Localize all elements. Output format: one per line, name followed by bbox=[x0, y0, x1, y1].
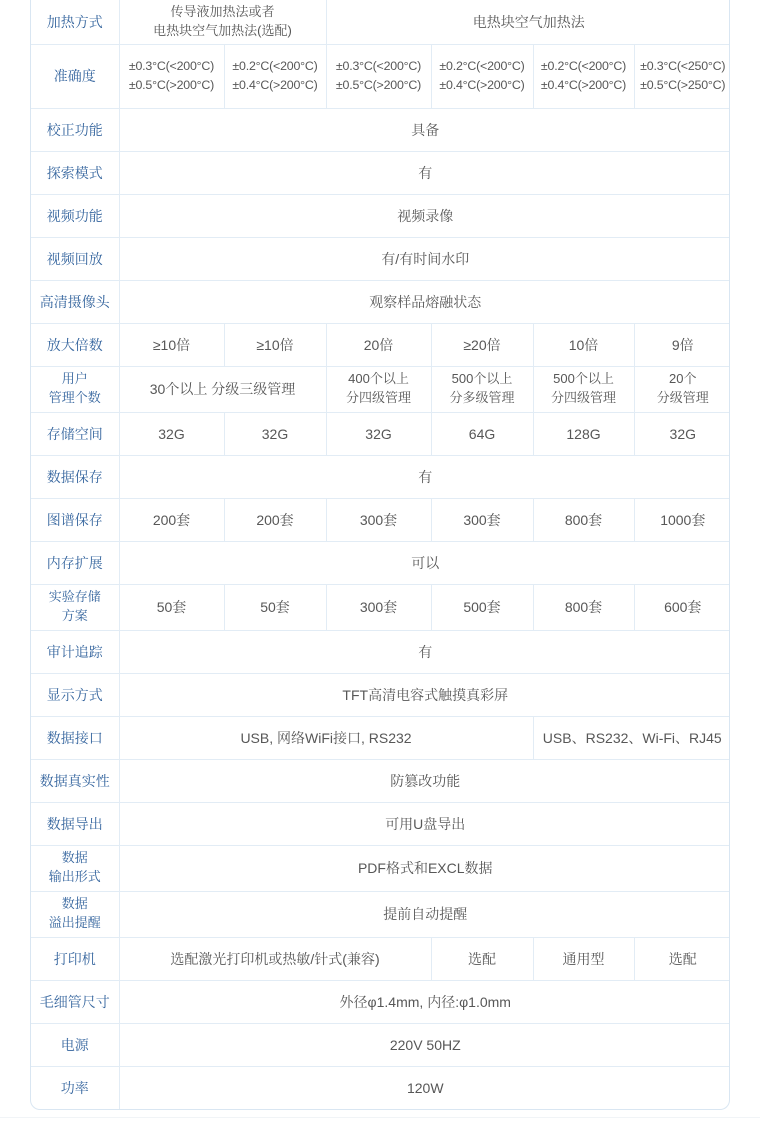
row-label: 放大倍数 bbox=[31, 323, 119, 366]
row-label: 电源 bbox=[31, 1023, 119, 1066]
row-label-line: 探索模式 bbox=[35, 163, 115, 183]
spec-cell: 可以 bbox=[119, 541, 730, 584]
row-label-line: 高清摄像头 bbox=[35, 292, 115, 312]
spec-cell: ≥10倍 bbox=[119, 323, 224, 366]
row-label: 校正功能 bbox=[31, 108, 119, 151]
table-row: 数据真实性防篡改功能 bbox=[31, 759, 730, 802]
spec-table: 加热方式传导液加热法或者电热块空气加热法(选配)电热块空气加热法准确度±0.3°… bbox=[30, 0, 730, 1110]
row-label: 探索模式 bbox=[31, 151, 119, 194]
spec-cell: 选配激光打印机或热敏/针式(兼容) bbox=[119, 937, 431, 980]
row-label: 毛细管尺寸 bbox=[31, 980, 119, 1023]
row-label-line: 加热方式 bbox=[35, 12, 115, 32]
row-label-line: 内存扩展 bbox=[35, 553, 115, 573]
cell-text: 分四级管理 bbox=[331, 389, 427, 408]
cell-text: 300套 bbox=[331, 510, 427, 530]
cell-text: ±0.4°C(>200°C) bbox=[538, 76, 630, 95]
spec-cell: 300套 bbox=[326, 584, 431, 630]
row-label-line: 电源 bbox=[35, 1035, 115, 1055]
cell-text: ±0.2°C(<200°C) bbox=[229, 57, 322, 76]
spec-cell: 1000套 bbox=[634, 498, 730, 541]
spec-cell: ±0.2°C(<200°C)±0.4°C(>200°C) bbox=[431, 44, 533, 108]
cell-text: 64G bbox=[436, 424, 529, 444]
spec-cell: 32G bbox=[634, 412, 730, 455]
cell-text: 30个以上 分级三级管理 bbox=[124, 379, 322, 399]
spec-cell: PDF格式和EXCL数据 bbox=[119, 845, 730, 891]
spec-cell: 220V 50HZ bbox=[119, 1023, 730, 1066]
spec-cell: 有 bbox=[119, 151, 730, 194]
spec-cell: 32G bbox=[224, 412, 326, 455]
table-row: 电源220V 50HZ bbox=[31, 1023, 730, 1066]
cell-text: 观察样品熔融状态 bbox=[124, 292, 728, 312]
cell-text: 120W bbox=[124, 1078, 728, 1098]
cell-text: 200套 bbox=[229, 510, 322, 530]
spec-cell: 800套 bbox=[533, 584, 634, 630]
spec-table-grid: 加热方式传导液加热法或者电热块空气加热法(选配)电热块空气加热法准确度±0.3°… bbox=[31, 0, 730, 1109]
row-label-line: 功率 bbox=[35, 1078, 115, 1098]
row-label-line: 数据保存 bbox=[35, 467, 115, 487]
cell-text: 220V 50HZ bbox=[124, 1035, 728, 1055]
cell-text: 20倍 bbox=[331, 335, 427, 355]
row-label-line: 数据真实性 bbox=[35, 771, 115, 791]
spec-cell: ±0.3°C(<200°C)±0.5°C(>200°C) bbox=[119, 44, 224, 108]
table-row: 显示方式TFT高清电容式触摸真彩屏 bbox=[31, 673, 730, 716]
spec-cell: ≥20倍 bbox=[431, 323, 533, 366]
row-label-line: 数据导出 bbox=[35, 814, 115, 834]
cell-text: 50套 bbox=[124, 597, 220, 617]
row-label-line: 输出形式 bbox=[35, 868, 115, 887]
cell-text: 分四级管理 bbox=[538, 389, 630, 408]
row-label-line: 视频功能 bbox=[35, 206, 115, 226]
row-label-line: 数据接口 bbox=[35, 728, 115, 748]
cell-text: PDF格式和EXCL数据 bbox=[124, 858, 728, 878]
spec-cell: ±0.3°C(<250°C)±0.5°C(>250°C) bbox=[634, 44, 730, 108]
cell-text: ±0.4°C(>200°C) bbox=[436, 76, 529, 95]
row-label: 功率 bbox=[31, 1066, 119, 1109]
row-label: 图谱保存 bbox=[31, 498, 119, 541]
cell-text: 300套 bbox=[331, 597, 427, 617]
cell-text: 32G bbox=[229, 424, 322, 444]
row-label: 实验存储方案 bbox=[31, 584, 119, 630]
table-row: 准确度±0.3°C(<200°C)±0.5°C(>200°C)±0.2°C(<2… bbox=[31, 44, 730, 108]
spec-cell: ±0.3°C(<200°C)±0.5°C(>200°C) bbox=[326, 44, 431, 108]
spec-cell: 选配 bbox=[431, 937, 533, 980]
table-row: 图谱保存200套200套300套300套800套1000套 bbox=[31, 498, 730, 541]
cell-text: 选配 bbox=[639, 949, 728, 969]
row-label: 视频功能 bbox=[31, 194, 119, 237]
spec-cell: 500个以上分四级管理 bbox=[533, 366, 634, 412]
cell-text: 分多级管理 bbox=[436, 389, 529, 408]
row-label: 内存扩展 bbox=[31, 541, 119, 584]
spec-cell: 50套 bbox=[119, 584, 224, 630]
spec-cell: 500个以上分多级管理 bbox=[431, 366, 533, 412]
row-label: 准确度 bbox=[31, 44, 119, 108]
cell-text: 20个 bbox=[639, 370, 728, 389]
spec-cell: 128G bbox=[533, 412, 634, 455]
spec-cell: 32G bbox=[119, 412, 224, 455]
spec-cell: 具备 bbox=[119, 108, 730, 151]
spec-cell: 传导液加热法或者电热块空气加热法(选配) bbox=[119, 0, 326, 44]
cell-text: 32G bbox=[639, 424, 728, 444]
cell-text: 电热块空气加热法 bbox=[331, 12, 728, 32]
cell-text: 视频录像 bbox=[124, 206, 728, 226]
row-label-line: 图谱保存 bbox=[35, 510, 115, 530]
row-label: 打印机 bbox=[31, 937, 119, 980]
table-row: 高清摄像头观察样品熔融状态 bbox=[31, 280, 730, 323]
spec-cell: 64G bbox=[431, 412, 533, 455]
spec-cell: ≥10倍 bbox=[224, 323, 326, 366]
row-label: 视频回放 bbox=[31, 237, 119, 280]
cell-text: ≥10倍 bbox=[124, 335, 220, 355]
spec-cell: 可用U盘导出 bbox=[119, 802, 730, 845]
cell-text: 防篡改功能 bbox=[124, 771, 728, 791]
table-row: 数据导出可用U盘导出 bbox=[31, 802, 730, 845]
cell-text: 有 bbox=[124, 642, 728, 662]
cell-text: 128G bbox=[538, 424, 630, 444]
spec-cell: 提前自动提醒 bbox=[119, 891, 730, 937]
cell-text: 9倍 bbox=[639, 335, 728, 355]
cell-text: ±0.3°C(<250°C) bbox=[639, 57, 728, 76]
cell-text: 选配激光打印机或热敏/针式(兼容) bbox=[124, 949, 427, 969]
cell-text: 200套 bbox=[124, 510, 220, 530]
bottom-divider bbox=[0, 1117, 760, 1118]
spec-cell: 通用型 bbox=[533, 937, 634, 980]
spec-cell: 有 bbox=[119, 455, 730, 498]
table-row: 内存扩展可以 bbox=[31, 541, 730, 584]
cell-text: 有/有时间水印 bbox=[124, 249, 728, 269]
row-label-line: 管理个数 bbox=[35, 389, 115, 408]
table-row: 数据接口USB, 网络WiFi接口, RS232USB、RS232、Wi-Fi、… bbox=[31, 716, 730, 759]
row-label: 数据溢出提醒 bbox=[31, 891, 119, 937]
table-row: 数据保存有 bbox=[31, 455, 730, 498]
cell-text: ±0.5°C(>200°C) bbox=[331, 76, 427, 95]
row-label-line: 方案 bbox=[35, 607, 115, 626]
cell-text: 32G bbox=[124, 424, 220, 444]
cell-text: 选配 bbox=[436, 949, 529, 969]
row-label-line: 校正功能 bbox=[35, 120, 115, 140]
row-label-line: 准确度 bbox=[35, 66, 115, 86]
cell-text: ±0.5°C(>250°C) bbox=[639, 76, 728, 95]
table-row: 存储空间32G32G32G64G128G32G bbox=[31, 412, 730, 455]
row-label: 显示方式 bbox=[31, 673, 119, 716]
cell-text: 有 bbox=[124, 163, 728, 183]
row-label: 审计追踪 bbox=[31, 630, 119, 673]
cell-text: 300套 bbox=[436, 510, 529, 530]
row-label: 数据导出 bbox=[31, 802, 119, 845]
row-label-line: 溢出提醒 bbox=[35, 914, 115, 933]
spec-cell: TFT高清电容式触摸真彩屏 bbox=[119, 673, 730, 716]
table-row: 毛细管尺寸外径φ1.4mm, 内径:φ1.0mm bbox=[31, 980, 730, 1023]
cell-text: TFT高清电容式触摸真彩屏 bbox=[124, 685, 728, 705]
cell-text: USB、RS232、Wi-Fi、RJ45 bbox=[538, 728, 728, 748]
cell-text: 600套 bbox=[639, 597, 728, 617]
spec-cell: 400个以上分四级管理 bbox=[326, 366, 431, 412]
spec-cell: 10倍 bbox=[533, 323, 634, 366]
cell-text: 500个以上 bbox=[436, 370, 529, 389]
row-label-line: 放大倍数 bbox=[35, 335, 115, 355]
spec-cell: 50套 bbox=[224, 584, 326, 630]
spec-cell: 200套 bbox=[119, 498, 224, 541]
table-row: 数据溢出提醒提前自动提醒 bbox=[31, 891, 730, 937]
cell-text: ±0.3°C(<200°C) bbox=[331, 57, 427, 76]
table-row: 数据输出形式PDF格式和EXCL数据 bbox=[31, 845, 730, 891]
row-label: 用户管理个数 bbox=[31, 366, 119, 412]
cell-text: ±0.3°C(<200°C) bbox=[124, 57, 220, 76]
spec-cell: 120W bbox=[119, 1066, 730, 1109]
spec-cell: 500套 bbox=[431, 584, 533, 630]
row-label-line: 存储空间 bbox=[35, 424, 115, 444]
cell-text: 分级管理 bbox=[639, 389, 728, 408]
table-row: 放大倍数≥10倍≥10倍20倍≥20倍10倍9倍 bbox=[31, 323, 730, 366]
cell-text: 外径φ1.4mm, 内径:φ1.0mm bbox=[124, 992, 728, 1012]
cell-text: ±0.5°C(>200°C) bbox=[124, 76, 220, 95]
row-label: 存储空间 bbox=[31, 412, 119, 455]
cell-text: 800套 bbox=[538, 597, 630, 617]
cell-text: 通用型 bbox=[538, 949, 630, 969]
row-label-line: 实验存储 bbox=[35, 588, 115, 607]
row-label: 加热方式 bbox=[31, 0, 119, 44]
spec-cell: 防篡改功能 bbox=[119, 759, 730, 802]
cell-text: 10倍 bbox=[538, 335, 630, 355]
row-label: 数据输出形式 bbox=[31, 845, 119, 891]
spec-cell: 选配 bbox=[634, 937, 730, 980]
table-row: 视频功能视频录像 bbox=[31, 194, 730, 237]
cell-text: 电热块空气加热法(选配) bbox=[124, 22, 322, 41]
table-row: 视频回放有/有时间水印 bbox=[31, 237, 730, 280]
row-label-line: 审计追踪 bbox=[35, 642, 115, 662]
spec-cell: 200套 bbox=[224, 498, 326, 541]
table-row: 用户管理个数30个以上 分级三级管理400个以上分四级管理500个以上分多级管理… bbox=[31, 366, 730, 412]
row-label-line: 数据 bbox=[35, 895, 115, 914]
cell-text: USB, 网络WiFi接口, RS232 bbox=[124, 728, 529, 748]
spec-cell: 视频录像 bbox=[119, 194, 730, 237]
spec-cell: 9倍 bbox=[634, 323, 730, 366]
row-label-line: 视频回放 bbox=[35, 249, 115, 269]
spec-cell: 300套 bbox=[431, 498, 533, 541]
table-row: 功率120W bbox=[31, 1066, 730, 1109]
spec-cell: 20倍 bbox=[326, 323, 431, 366]
spec-cell: 有/有时间水印 bbox=[119, 237, 730, 280]
spec-cell: 有 bbox=[119, 630, 730, 673]
cell-text: 32G bbox=[331, 424, 427, 444]
spec-cell: 30个以上 分级三级管理 bbox=[119, 366, 326, 412]
table-row: 打印机选配激光打印机或热敏/针式(兼容)选配通用型选配 bbox=[31, 937, 730, 980]
cell-text: ±0.4°C(>200°C) bbox=[229, 76, 322, 95]
cell-text: 400个以上 bbox=[331, 370, 427, 389]
cell-text: 可用U盘导出 bbox=[124, 814, 728, 834]
spec-cell: ±0.2°C(<200°C)±0.4°C(>200°C) bbox=[224, 44, 326, 108]
spec-cell: ±0.2°C(<200°C)±0.4°C(>200°C) bbox=[533, 44, 634, 108]
spec-cell: USB, 网络WiFi接口, RS232 bbox=[119, 716, 533, 759]
cell-text: 500个以上 bbox=[538, 370, 630, 389]
row-label: 数据接口 bbox=[31, 716, 119, 759]
row-label-line: 显示方式 bbox=[35, 685, 115, 705]
cell-text: 500套 bbox=[436, 597, 529, 617]
table-row: 加热方式传导液加热法或者电热块空气加热法(选配)电热块空气加热法 bbox=[31, 0, 730, 44]
cell-text: 具备 bbox=[124, 120, 728, 140]
row-label: 数据真实性 bbox=[31, 759, 119, 802]
cell-text: ±0.2°C(<200°C) bbox=[538, 57, 630, 76]
spec-cell: 600套 bbox=[634, 584, 730, 630]
cell-text: 50套 bbox=[229, 597, 322, 617]
spec-cell: USB、RS232、Wi-Fi、RJ45 bbox=[533, 716, 730, 759]
row-label-line: 数据 bbox=[35, 849, 115, 868]
row-label: 数据保存 bbox=[31, 455, 119, 498]
row-label-line: 打印机 bbox=[35, 949, 115, 969]
cell-text: 1000套 bbox=[639, 510, 728, 530]
table-row: 实验存储方案50套50套300套500套800套600套 bbox=[31, 584, 730, 630]
table-row: 校正功能具备 bbox=[31, 108, 730, 151]
spec-cell: 外径φ1.4mm, 内径:φ1.0mm bbox=[119, 980, 730, 1023]
cell-text: ≥10倍 bbox=[229, 335, 322, 355]
cell-text: ±0.2°C(<200°C) bbox=[436, 57, 529, 76]
spec-cell: 观察样品熔融状态 bbox=[119, 280, 730, 323]
row-label-line: 用户 bbox=[35, 370, 115, 389]
cell-text: 传导液加热法或者 bbox=[124, 3, 322, 22]
cell-text: 有 bbox=[124, 467, 728, 487]
row-label-line: 毛细管尺寸 bbox=[35, 992, 115, 1012]
table-row: 审计追踪有 bbox=[31, 630, 730, 673]
cell-text: ≥20倍 bbox=[436, 335, 529, 355]
spec-cell: 800套 bbox=[533, 498, 634, 541]
spec-cell: 20个分级管理 bbox=[634, 366, 730, 412]
spec-cell: 电热块空气加热法 bbox=[326, 0, 730, 44]
spec-cell: 32G bbox=[326, 412, 431, 455]
cell-text: 提前自动提醒 bbox=[124, 904, 728, 924]
cell-text: 800套 bbox=[538, 510, 630, 530]
spec-cell: 300套 bbox=[326, 498, 431, 541]
row-label: 高清摄像头 bbox=[31, 280, 119, 323]
table-row: 探索模式有 bbox=[31, 151, 730, 194]
cell-text: 可以 bbox=[124, 553, 728, 573]
